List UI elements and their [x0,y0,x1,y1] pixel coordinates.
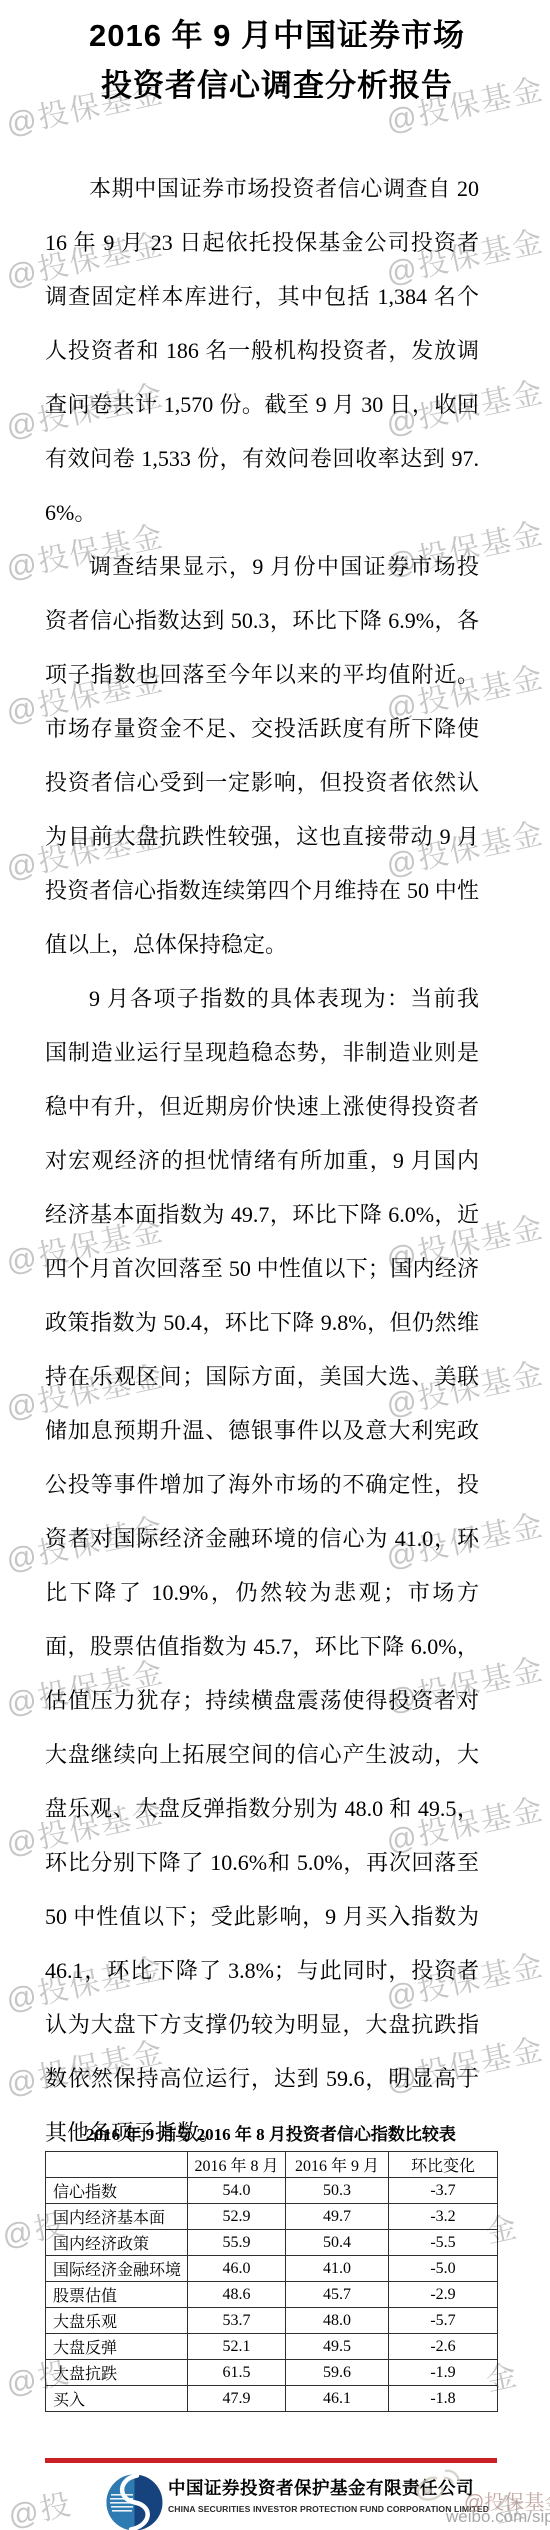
weibo-icon [414,2467,460,2510]
paragraph-survey-results: 调查结果显示，9 月份中国证券市场投资者信心指数达到 50.3，环比下降 6.9… [45,540,479,972]
footer: 中国证券投资者保护基金有限责任公司 CHINA SECURITIES INVES… [0,2455,550,2530]
row-value: 59.6 [286,2360,389,2386]
row-value: -3.7 [389,2178,498,2204]
row-label: 大盘反弹 [46,2334,188,2360]
row-label: 国内经济政策 [46,2230,188,2256]
row-value: -2.6 [389,2334,498,2360]
table-row: 股票估值48.645.7-2.9 [46,2282,498,2308]
weibo-url: weibo.com/sipf [446,2507,550,2527]
report-title-line2: 投资者信心调查分析报告 [45,61,509,111]
report-content: 2016 年 9 月中国证券市场 投资者信心调查分析报告 本期中国证券市场投资者… [0,11,550,2160]
row-value: 52.1 [188,2334,286,2360]
row-value: 41.0 [286,2256,389,2282]
report-title-line1: 2016 年 9 月中国证券市场 [45,11,509,61]
row-value: 50.3 [286,2178,389,2204]
sipf-logo-icon [106,2474,163,2530]
row-value: 55.9 [188,2230,286,2256]
report-page: @投保基金@投保基金@投保基金@投保基金@投保基金@投保基金@投保基金@投保基金… [0,0,550,2530]
row-value: 50.4 [286,2230,389,2256]
row-value: 49.7 [286,2204,389,2230]
row-value: -5.5 [389,2230,498,2256]
comparison-table-title: 2016 年 9 月与 2016 年 8 月投资者信心指数比较表 [45,2124,497,2146]
paragraph-subindex-detail: 9 月各项子指数的具体表现为：当前我国制造业运行呈现趋稳态势，非制造业则是稳中有… [45,972,479,2160]
row-value: 49.5 [286,2334,389,2360]
paragraph-survey-overview: 本期中国证券市场投资者信心调查自 2016 年 9 月 23 日起依托投保基金公… [45,162,479,540]
header-sep-2016: 2016 年 9 月 [286,2152,389,2178]
row-value: -5.7 [389,2308,498,2334]
weibo-signature: @投保基金 weibo.com/sipf [408,2463,550,2530]
row-value: 47.9 [188,2386,286,2412]
row-value: 46.1 [286,2386,389,2412]
row-label: 大盘抗跌 [46,2360,188,2386]
row-value: 48.6 [188,2282,286,2308]
row-value: -2.9 [389,2282,498,2308]
row-value: 54.0 [188,2178,286,2204]
table-row: 国内经济政策55.950.4-5.5 [46,2230,498,2256]
row-value: 48.0 [286,2308,389,2334]
row-value: -1.8 [389,2386,498,2412]
report-title: 2016 年 9 月中国证券市场 投资者信心调查分析报告 [45,11,509,111]
row-label: 买入 [46,2386,188,2412]
table-row: 大盘抗跌61.559.6-1.9 [46,2360,498,2386]
row-value: 53.7 [188,2308,286,2334]
row-label: 信心指数 [46,2178,188,2204]
table-row: 大盘反弹52.149.5-2.6 [46,2334,498,2360]
row-label: 国内经济基本面 [46,2204,188,2230]
row-value: -3.2 [389,2204,498,2230]
header-aug-2016: 2016 年 8 月 [188,2152,286,2178]
row-value: 46.0 [188,2256,286,2282]
header-mom-change: 环比变化 [389,2152,498,2178]
row-value: 61.5 [188,2360,286,2386]
table-body: 信心指数54.050.3-3.7国内经济基本面52.949.7-3.2国内经济政… [46,2178,498,2412]
header-empty-cell [46,2152,188,2178]
row-value: -5.0 [389,2256,498,2282]
report-body: 本期中国证券市场投资者信心调查自 2016 年 9 月 23 日起依托投保基金公… [45,162,479,2160]
table-row: 大盘乐观53.748.0-5.7 [46,2308,498,2334]
comparison-table: 2016 年 8 月 2016 年 9 月 环比变化 信心指数54.050.3-… [45,2151,498,2412]
table-row: 国际经济金融环境46.041.0-5.0 [46,2256,498,2282]
row-label: 国际经济金融环境 [46,2256,188,2282]
row-value: 52.9 [188,2204,286,2230]
row-label: 股票估值 [46,2282,188,2308]
table-row: 国内经济基本面52.949.7-3.2 [46,2204,498,2230]
row-value: -1.9 [389,2360,498,2386]
table-row: 信心指数54.050.3-3.7 [46,2178,498,2204]
row-value: 45.7 [286,2282,389,2308]
table-row: 买入47.946.1-1.8 [46,2386,498,2412]
comparison-table-section: 2016 年 9 月与 2016 年 8 月投资者信心指数比较表 2016 年 … [45,2124,497,2412]
table-header-row: 2016 年 8 月 2016 年 9 月 环比变化 [46,2152,498,2178]
row-label: 大盘乐观 [46,2308,188,2334]
